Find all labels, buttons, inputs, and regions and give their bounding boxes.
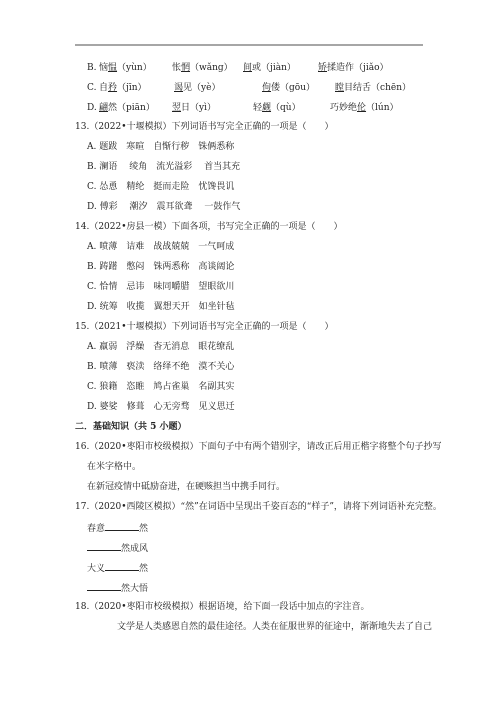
section-heading: 二．基础知识（共 5 小题）	[75, 421, 187, 433]
fill-blank[interactable]	[87, 541, 121, 551]
question-12-option-letter[interactable]: C.	[87, 82, 96, 94]
question-16-sentence: 在新冠疫情中砥励奋进，在硬赅担当中携手同行。	[87, 481, 285, 493]
question-14-option-d[interactable]: D. 统筹 收揽 翼想天开 如坐针毡	[87, 301, 235, 313]
question-13-option-c[interactable]: C. 怂恿 精纶 挺而走险 忧馋畏讥	[87, 181, 234, 193]
question-12-word: 矫揉造作（jiǎo）	[318, 62, 389, 74]
question-13-stem: 13.（2022•十堰模拟）下列词语书写完全正确的一项是（ ）	[75, 121, 334, 133]
question-14-stem: 14.（2022•房县一模）下面各项，书写完全正确的一项是（ ）	[75, 221, 343, 233]
question-12-word: 间或（jiàn）	[243, 62, 296, 74]
question-15-option-c[interactable]: C. 狼籍 恣睢 鸠占雀巢 名副其实	[87, 381, 234, 393]
question-14-option-c[interactable]: C. 恰情 忌讳 味同嚼腊 望眼欲川	[87, 281, 234, 293]
question-13-option-d[interactable]: D. 傅彩 潮汐 震耳欲聋 一鼓作气	[87, 201, 240, 213]
question-17-stem: 17.（2020•西陵区模拟）“然”在词语中呈现出千姿百态的“样子”，请将下列词…	[75, 501, 442, 513]
question-12-word: 自矜（jīn）	[99, 82, 147, 94]
fill-blank[interactable]	[87, 581, 121, 591]
question-15-option-b[interactable]: B. 喷薄 亵渎 络绎不绝 漠不关心	[87, 361, 234, 373]
question-14-option-b[interactable]: B. 踌躇 憋闷 铢两悉称 高谈阔论	[87, 261, 234, 273]
question-12-option-letter[interactable]: B.	[87, 62, 96, 74]
question-12-word: 瞠目结舌（chēn）	[335, 82, 411, 94]
question-12-word: 恼愠（yùn）	[99, 62, 152, 74]
question-16-stem: 16.（2020•枣阳市校级模拟）下面句子中有两个错别字，请改正后用正楷字将整个…	[75, 441, 442, 453]
question-12-option-letter[interactable]: D.	[87, 102, 97, 114]
question-12-word: 怅惘（wǎng）	[172, 62, 233, 74]
question-12-word: 轻觑（qù）	[253, 102, 301, 114]
question-17-item-3[interactable]: 大义然	[87, 561, 148, 575]
question-12-word: 谒见（yè）	[174, 82, 220, 94]
question-12-word: 翩然（piān）	[99, 102, 155, 114]
question-14-option-a[interactable]: A. 喷薄 诘难 战战兢兢 一气呵成	[87, 241, 234, 253]
question-18-passage: 文学是人类感恩自然的最佳途径。人类在征服世界的征途中，渐渐地失去了自己	[117, 621, 432, 633]
question-17-item-2[interactable]: 然成风	[87, 541, 148, 555]
question-18-stem: 18.（2020•枣阳市校级模拟）根据语境，给下面一段话中加点的字注音。	[75, 601, 370, 613]
fill-blank[interactable]	[105, 561, 139, 571]
question-17-item-4[interactable]: 然大悟	[87, 581, 148, 595]
question-15-option-d[interactable]: D. 婆娑 修葺 心无旁骛 见义思迁	[87, 401, 235, 413]
question-16-stem-cont: 在米字格中。	[87, 461, 141, 473]
question-12-word: 佝偻（gōu）	[262, 82, 315, 94]
header-rule	[75, 44, 423, 46]
question-15-option-a[interactable]: A. 羸弱 浮燥 杳无消息 眼花缭乱	[87, 341, 234, 353]
question-17-item-1[interactable]: 春意然	[87, 521, 148, 535]
question-13-option-a[interactable]: A. 题跋 寒暄 自惭行秽 铢俩悉称	[87, 141, 234, 153]
question-15-stem: 15.（2021•十堰模拟）下列词语书写完全正确的一项是（ ）	[75, 321, 334, 333]
fill-blank[interactable]	[105, 521, 139, 531]
question-12-word: 翌日（yì）	[172, 102, 216, 114]
question-13-option-b[interactable]: B. 澜语 绫角 流光溢彩 首当其充	[87, 161, 240, 173]
question-12-word: 巧妙绝伦（lún）	[330, 102, 399, 114]
